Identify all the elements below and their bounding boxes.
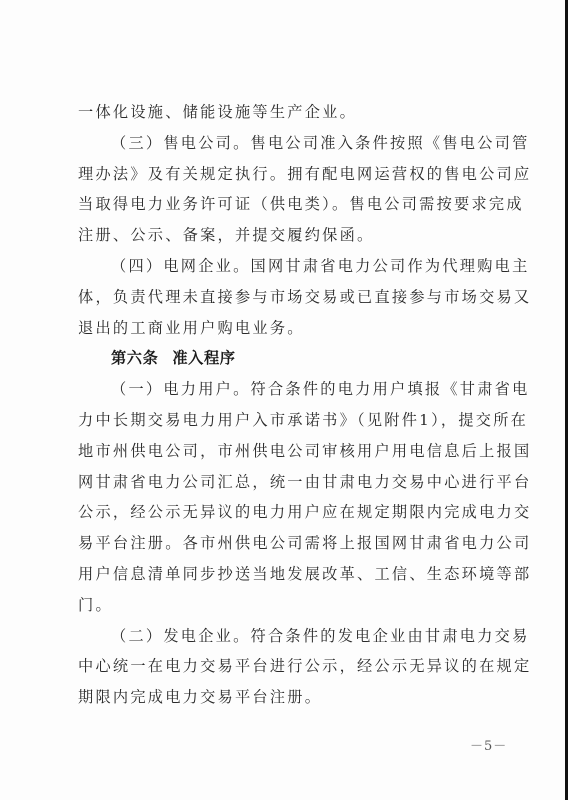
text-line: 用户信息清单同步抄送当地发展改革、工信、生态环境等部 <box>78 559 488 590</box>
text-line: 注册、公示、备案，并提交履约保函。 <box>78 220 488 251</box>
paragraph-power-generation: （二）发电企业。符合条件的发电企业由甘肃电力交易 <box>78 621 488 652</box>
text-line: 地市州供电公司，市州供电公司审核用户用电信息后上报国 <box>78 436 488 467</box>
text-line: 网甘肃省电力公司汇总，统一由甘肃电力交易中心进行平台 <box>78 467 488 498</box>
document-body: 一体化设施、储能设施等生产企业。 （三）售电公司。售电公司准入条件按照《售电公司… <box>78 97 488 713</box>
paragraph-grid-enterprise: （四）电网企业。国网甘肃省电力公司作为代理购电主 <box>78 251 488 282</box>
page-number: －5－ <box>470 735 507 754</box>
article-heading: 第六条准入程序 <box>78 343 488 374</box>
article-title: 准入程序 <box>172 349 235 367</box>
paragraph-sales-company: （三）售电公司。售电公司准入条件按照《售电公司管 <box>78 128 488 159</box>
text-line: 退出的工商业用户购电业务。 <box>78 313 488 344</box>
text-line: 一体化设施、储能设施等生产企业。 <box>78 97 488 128</box>
text-line: 中心统一在电力交易平台进行公示，经公示无异议的在规定 <box>78 651 488 682</box>
text-line: 易平台注册。各市州供电公司需将上报国网甘肃省电力公司 <box>78 528 488 559</box>
text-line: 当取得电力业务许可证（供电类）。售电公司需按要求完成 <box>78 189 488 220</box>
paragraph-power-users: （一）电力用户。符合条件的电力用户填报《甘肃省电 <box>78 374 488 405</box>
document-page: 一体化设施、储能设施等生产企业。 （三）售电公司。售电公司准入条件按照《售电公司… <box>0 0 568 800</box>
text-line: 理办法》及有关规定执行。拥有配电网运营权的售电公司应 <box>78 159 488 190</box>
text-line: 期限内完成电力交易平台注册。 <box>78 682 488 713</box>
text-line: 公示，经公示无异议的电力用户应在规定期限内完成电力交 <box>78 497 488 528</box>
article-number: 第六条 <box>111 349 158 367</box>
text-line: 门。 <box>78 590 488 621</box>
text-line: 力中长期交易电力用户入市承诺书》（见附件1），提交所在 <box>78 405 488 436</box>
text-line: 体，负责代理未直接参与市场交易或已直接参与市场交易又 <box>78 282 488 313</box>
